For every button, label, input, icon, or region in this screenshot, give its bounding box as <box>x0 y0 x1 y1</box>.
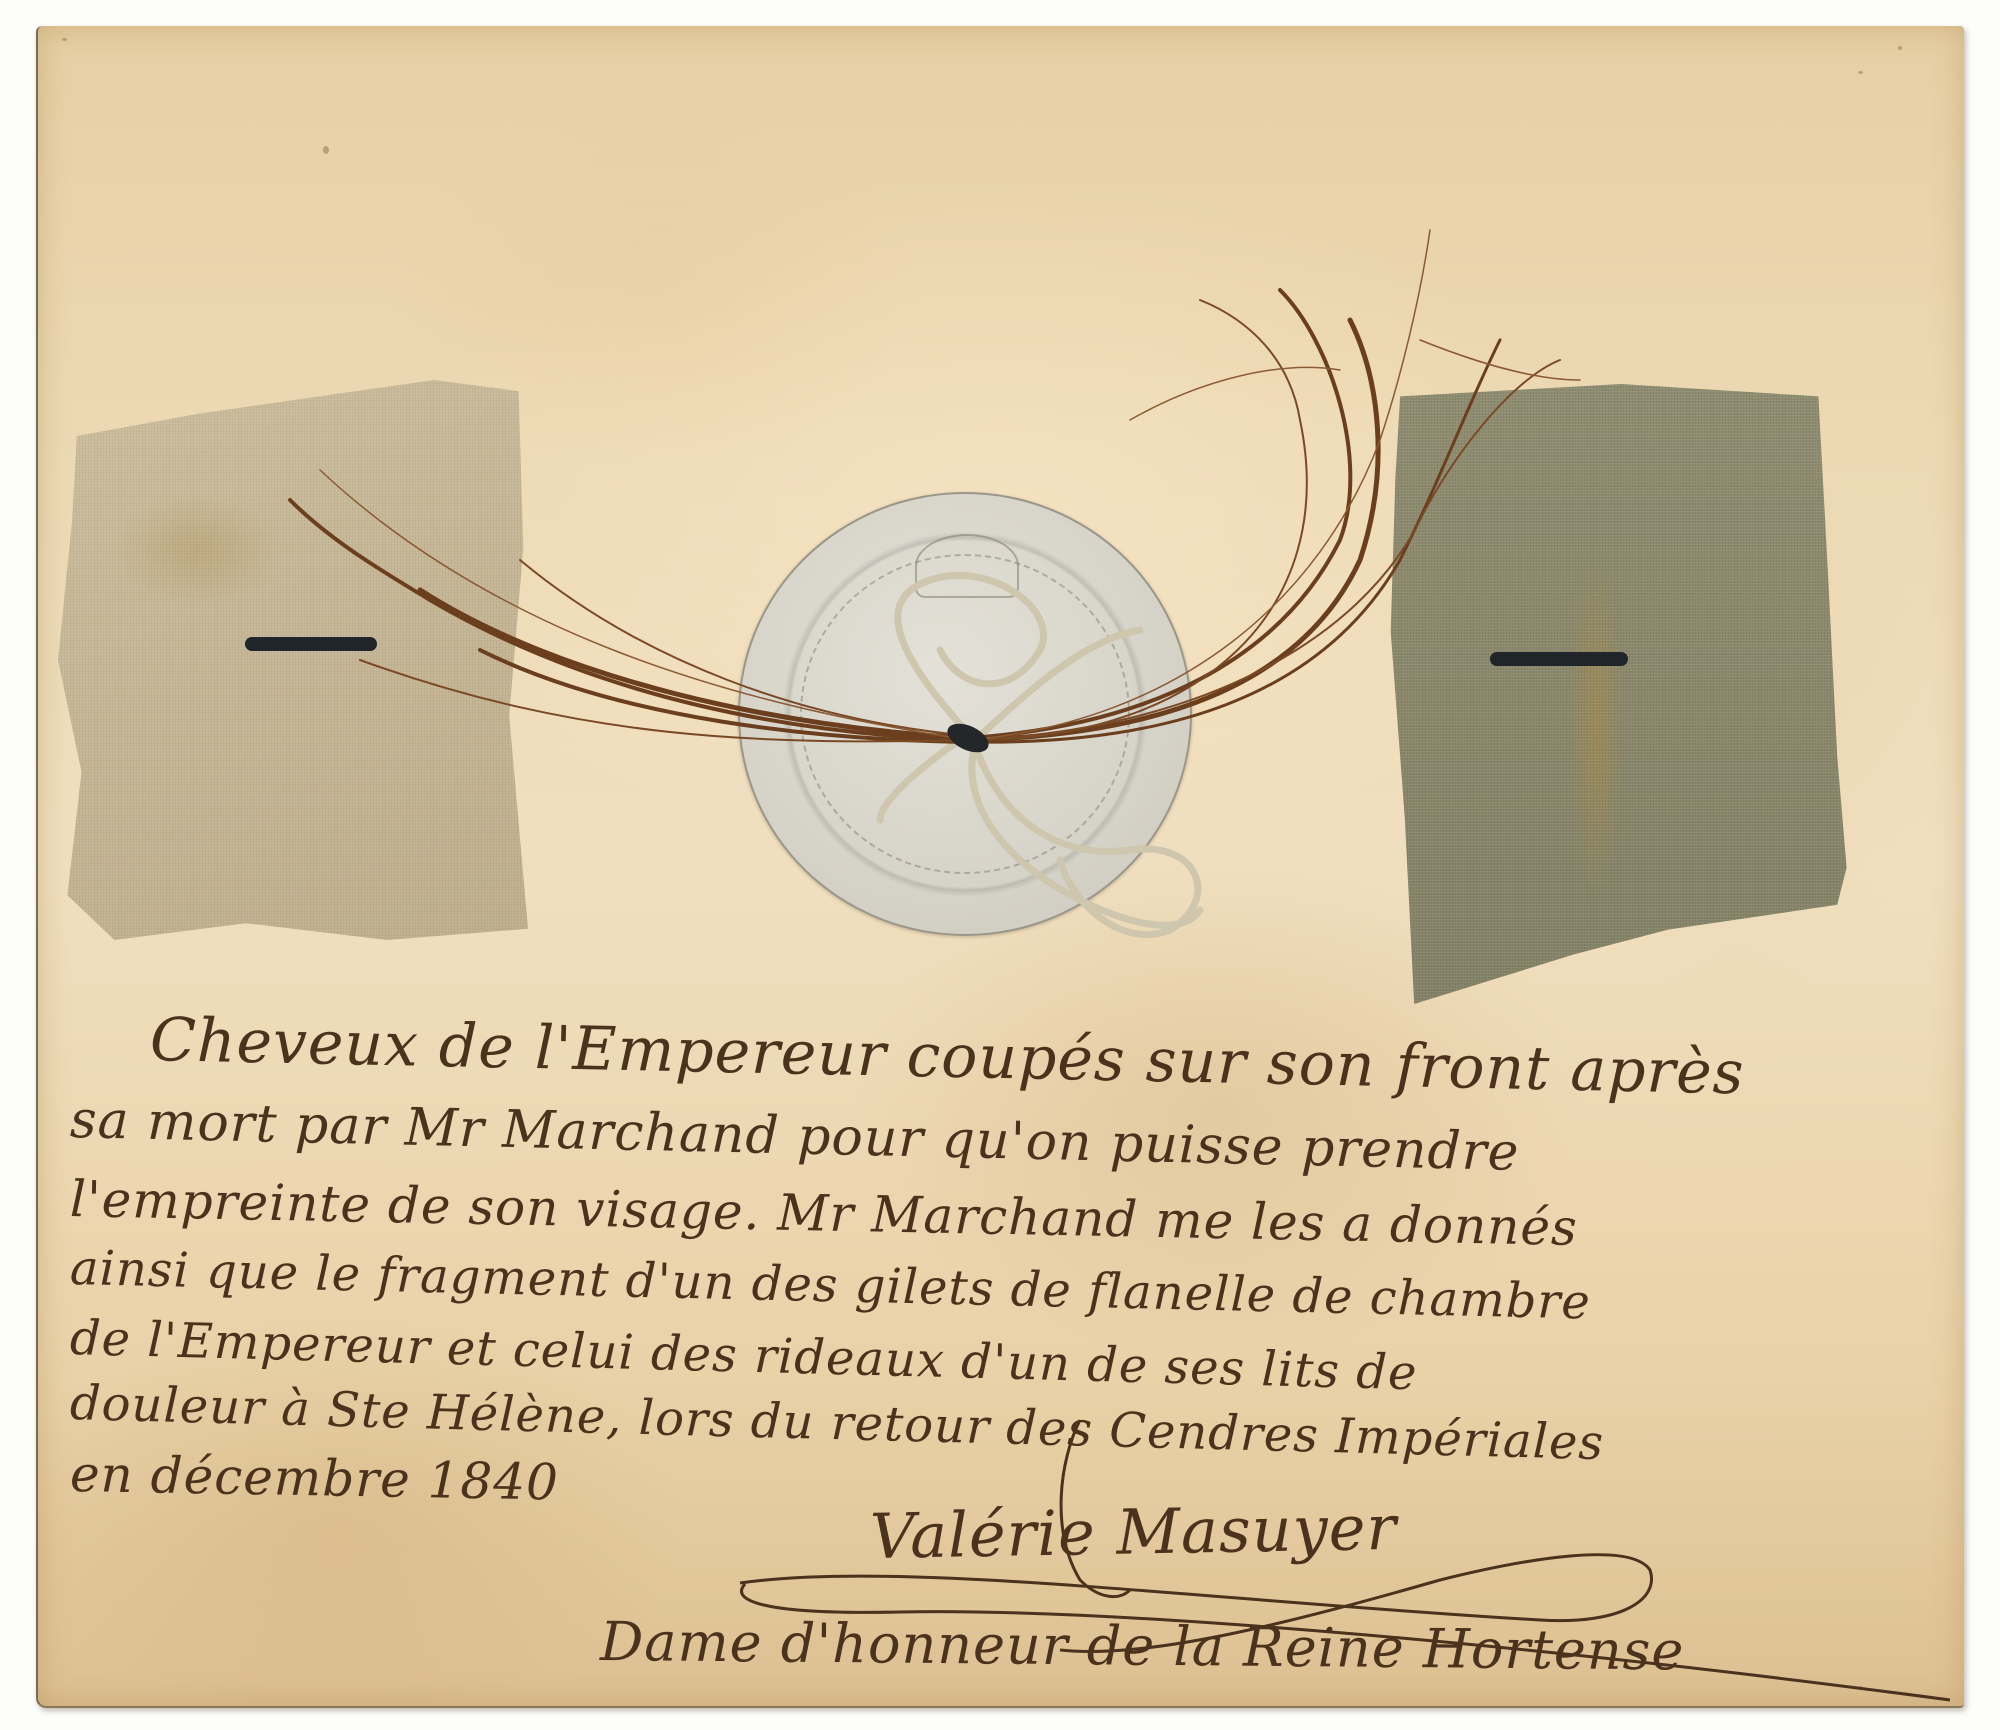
signature: Valérie Masuyer <box>869 1491 1397 1573</box>
fabric-swatch-right <box>1386 384 1856 1004</box>
fabric-swatch-left <box>58 380 528 940</box>
seal-border-ring <box>800 554 1130 874</box>
signatory-title: Dame d'honneur de la Reine Hortense <box>600 1610 1685 1682</box>
paper-speck <box>62 38 67 41</box>
paper-speck <box>1858 71 1863 74</box>
scan-background: Cheveux de l'Empereur coupés sur son fro… <box>0 0 2000 1730</box>
wax-seal <box>738 492 1192 936</box>
black-stitch-left <box>245 637 377 651</box>
paper-speck <box>1858 1686 1862 1690</box>
handwriting-date-line: en décembre 1840 <box>69 1445 559 1512</box>
black-stitch-right <box>1490 652 1628 666</box>
paper-speck <box>1898 46 1902 50</box>
paper-speck <box>323 146 329 154</box>
seal-crown-emblem <box>915 534 1019 598</box>
